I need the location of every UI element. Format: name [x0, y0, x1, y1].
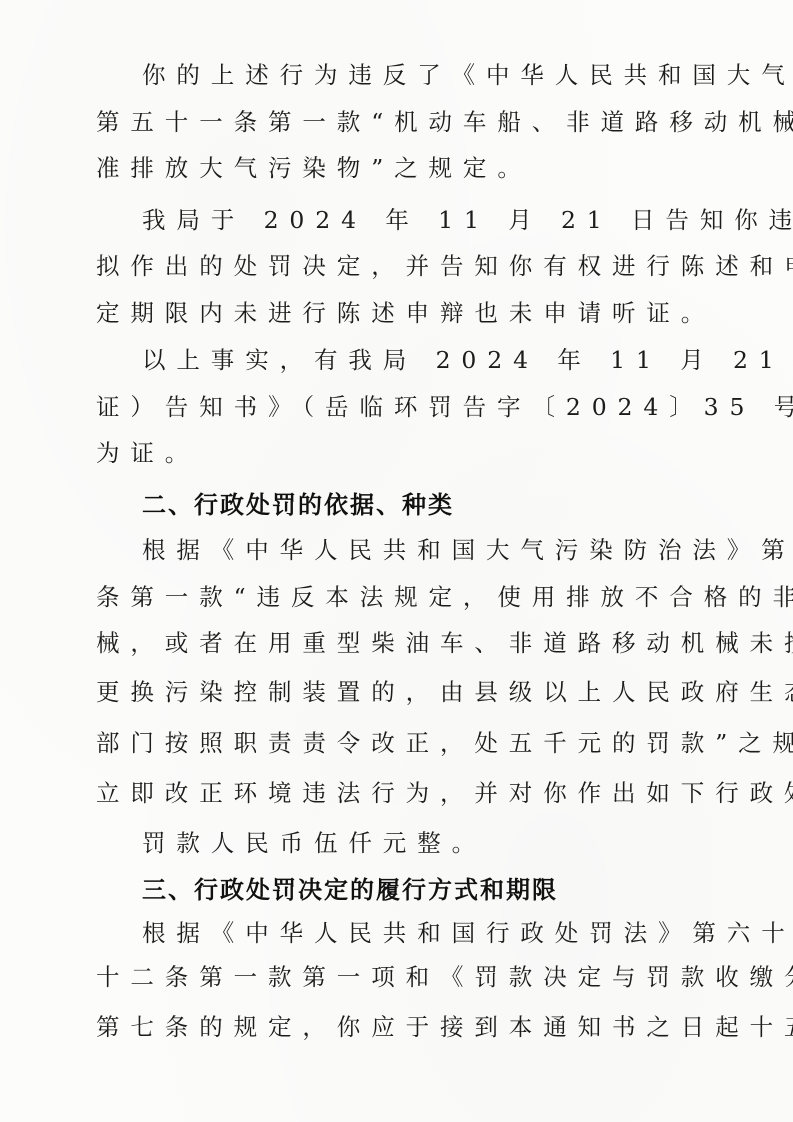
- paragraph-line: 根据《中华人民共和国行政处罚法》第六十七条、第七: [142, 918, 793, 948]
- paragraph-line: 械，或者在用重型柴油车、非道路移动机械未按照规定加装、: [96, 628, 793, 658]
- paragraph-line: 第五十一条第一款“机动车船、非道路移动机械不得超过标: [96, 107, 793, 137]
- paragraph-line: 第七条的规定，你应于接到本通知书之日起十五日内，持我: [96, 1012, 793, 1042]
- paragraph-line: 定期限内未进行陈述申辩也未申请听证。: [96, 298, 715, 328]
- paragraph-line: 证）告知书》（岳临环罚告字〔2024〕35 号）及《送达回证》: [96, 392, 793, 422]
- paragraph-line: 根据《中华人民共和国大气污染防治法》第一百一十四: [142, 535, 793, 565]
- document-page: 你的上述行为违反了《中华人民共和国大气污染防治法》 第五十一条第一款“机动车船、…: [0, 0, 793, 1122]
- paragraph-line: 你的上述行为违反了《中华人民共和国大气污染防治法》: [142, 60, 793, 90]
- paragraph-line: 条第一款“违反本法规定，使用排放不合格的非道路移动机: [96, 582, 793, 612]
- paragraph-line: 我局于 2024 年 11 月 21 日告知你违法事实、处罚依据和: [142, 205, 793, 235]
- paragraph-line: 立即改正环境违法行为，并对你作出如下行政处罚：: [96, 778, 793, 808]
- paragraph-line: 部门按照职责责令改正，处五千元的罚款”之规定，责令你: [96, 728, 793, 758]
- paragraph-line: 十二条第一款第一项和《罚款决定与罚款收缴分离实施办法》: [96, 962, 793, 992]
- penalty-amount-line: 罚款人民币伍仟元整。: [142, 828, 486, 858]
- section-heading: 三、行政处罚决定的履行方式和期限: [142, 875, 558, 905]
- paragraph-line: 以上事实，有我局 2024 年 11 月 21 日《行政处罚事先（听: [142, 345, 793, 375]
- section-heading: 二、行政处罚的依据、种类: [142, 490, 454, 520]
- paragraph-line: 拟作出的处罚决定，并告知你有权进行陈述和申辩。你在规: [96, 251, 793, 281]
- paragraph-line: 为证。: [96, 438, 199, 468]
- paragraph-line: 更换污染控制装置的，由县级以上人民政府生态环境等主管: [96, 677, 793, 707]
- paragraph-line: 准排放大气污染物”之规定。: [96, 153, 532, 183]
